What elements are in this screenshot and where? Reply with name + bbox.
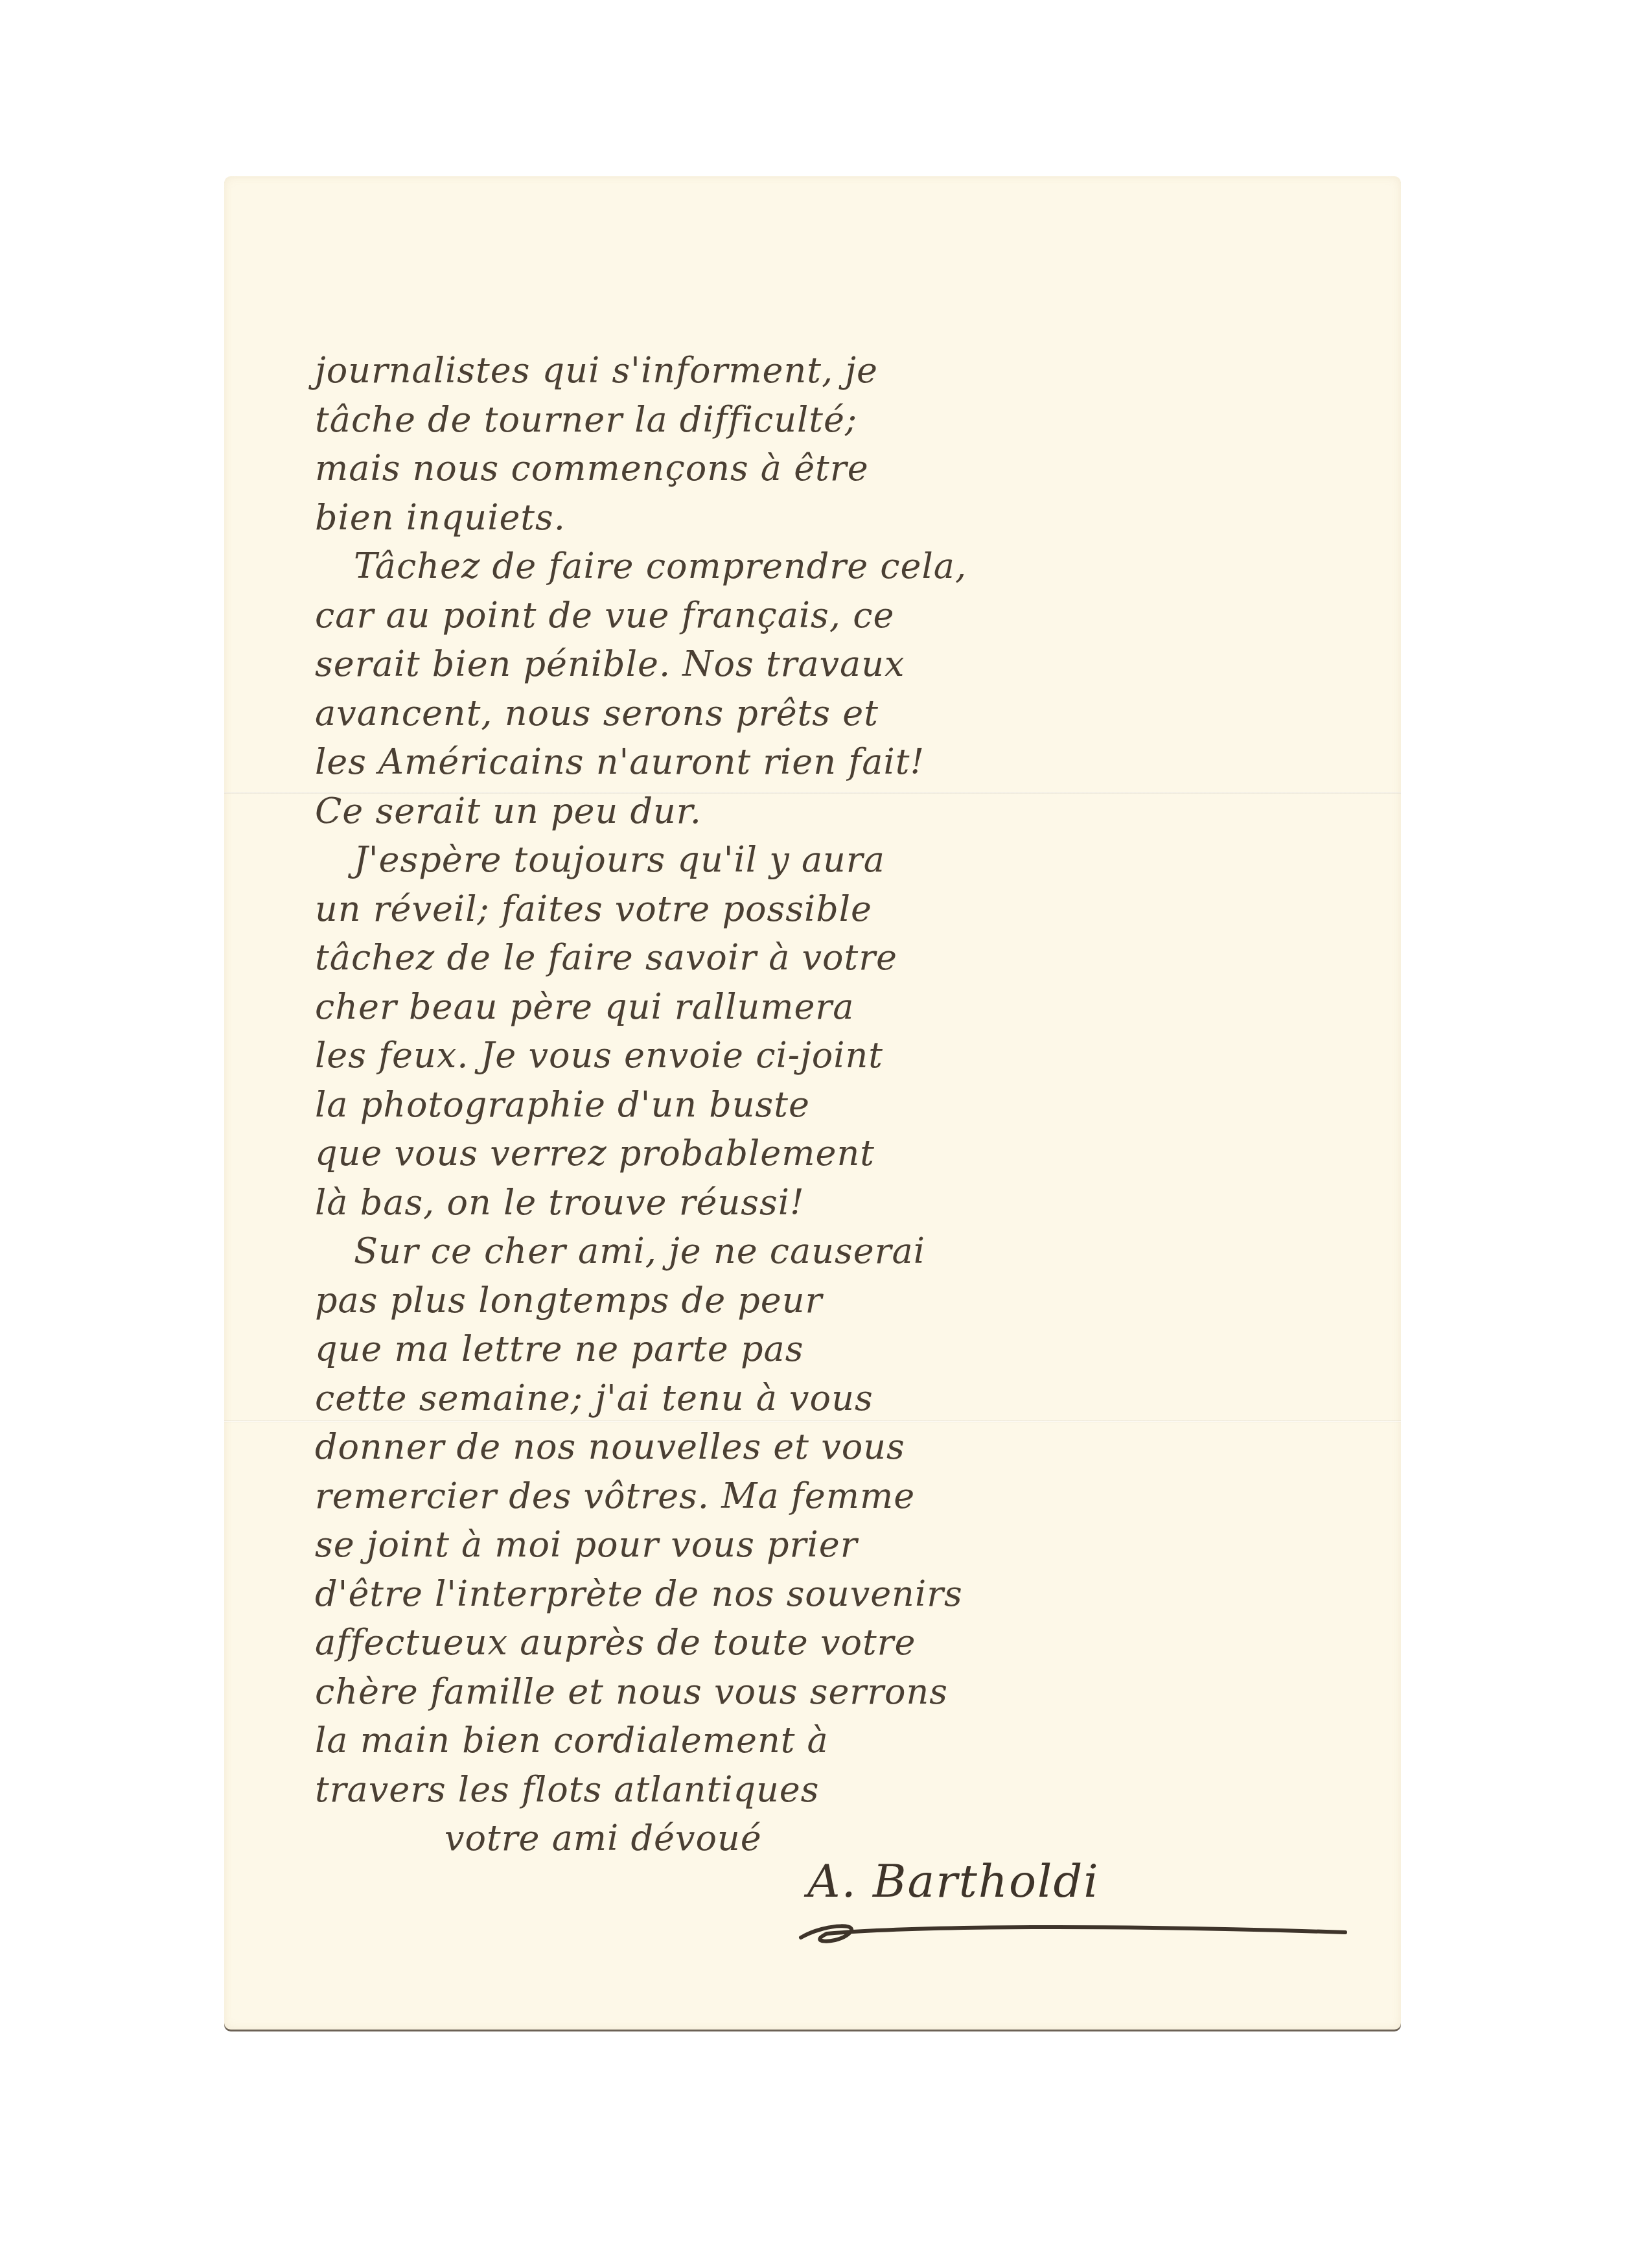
signature: A. Bartholdi	[807, 1855, 1100, 1908]
letter-line: la photographie d'un buste	[315, 1080, 1352, 1129]
letter-line: Ce serait un peu dur.	[315, 787, 1352, 836]
letter-line: que vous verrez probablement	[315, 1129, 1352, 1178]
letter-line: serait bien pénible. Nos travaux	[315, 640, 1352, 689]
letter-line: la main bien cordialement à	[315, 1716, 1352, 1765]
letter-line: que ma lettre ne parte pas	[315, 1325, 1352, 1374]
letter-line: cette semaine; j'ai tenu à vous	[315, 1374, 1352, 1423]
letter-line: Sur ce cher ami, je ne causerai	[315, 1227, 1352, 1276]
letter-line: travers les flots atlantiques	[315, 1765, 1352, 1814]
letter-line: avancent, nous serons prêts et	[315, 689, 1352, 738]
letter-line: tâchez de le faire savoir à votre	[315, 933, 1352, 982]
letter-line: là bas, on le trouve réussi!	[315, 1178, 1352, 1227]
signature-flourish-icon	[788, 1919, 1358, 1945]
letter-line: journalistes qui s'informent, je	[315, 346, 1352, 395]
letter-line: J'espère toujours qu'il y aura	[315, 835, 1352, 885]
letter-line: pas plus longtemps de peur	[315, 1276, 1352, 1325]
letter-line: les Américains n'auront rien fait!	[315, 737, 1352, 787]
letter-line: chère famille et nous vous serrons	[315, 1667, 1352, 1717]
letter-paper: journalistes qui s'informent, je tâche d…	[224, 176, 1401, 2030]
letter-line: Tâchez de faire comprendre cela,	[315, 542, 1352, 591]
letter-line: cher beau père qui rallumera	[315, 982, 1352, 1032]
letter-line: donner de nos nouvelles et vous	[315, 1422, 1352, 1472]
letter-line: un réveil; faites votre possible	[315, 885, 1352, 934]
letter-line: bien inquiets.	[315, 493, 1352, 542]
letter-line: d'être l'interprète de nos souvenirs	[315, 1569, 1352, 1619]
letter-body: journalistes qui s'informent, je tâche d…	[315, 346, 1352, 1863]
letter-line: tâche de tourner la difficulté;	[315, 395, 1352, 445]
letter-line: remercier des vôtres. Ma femme	[315, 1472, 1352, 1521]
letter-line: affectueux auprès de toute votre	[315, 1618, 1352, 1667]
letter-line: les feux. Je vous envoie ci-joint	[315, 1031, 1352, 1080]
letter-line: se joint à moi pour vous prier	[315, 1520, 1352, 1569]
letter-line: mais nous commençons à être	[315, 444, 1352, 493]
letter-line: car au point de vue français, ce	[315, 591, 1352, 640]
